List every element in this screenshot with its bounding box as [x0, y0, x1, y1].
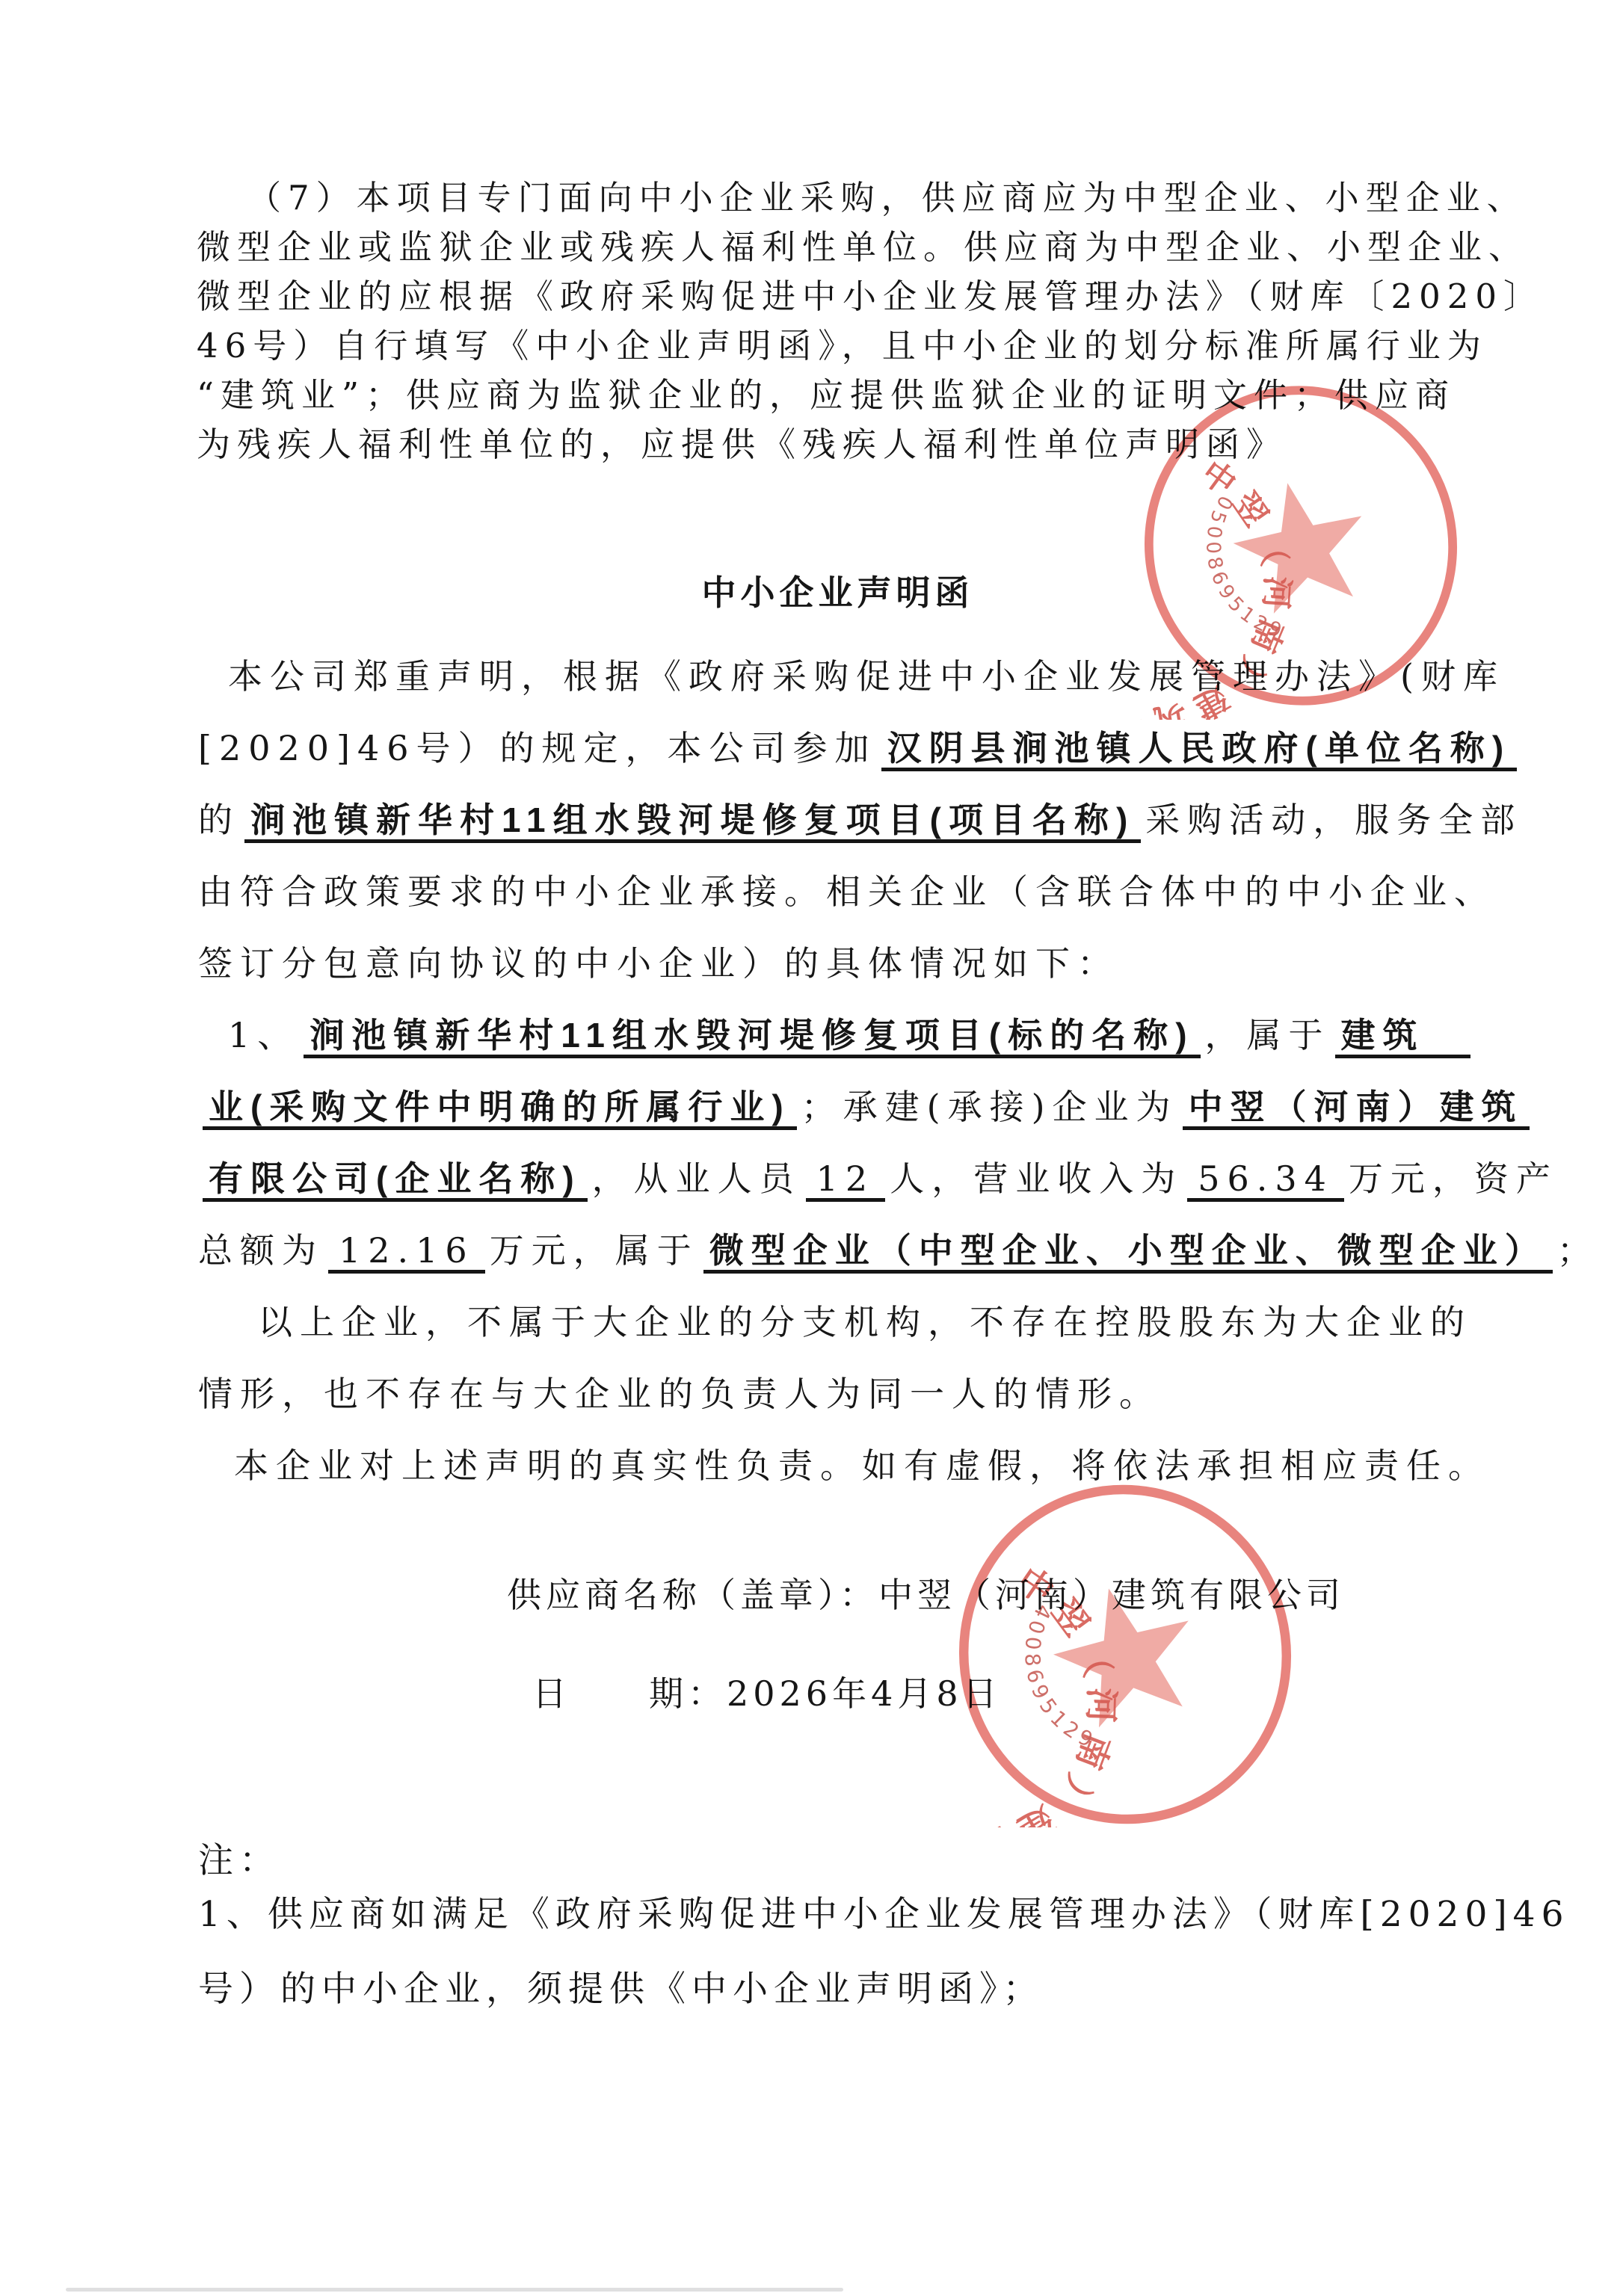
notes-label: 注：: [198, 1833, 280, 1883]
text-segment: ；: [1557, 1229, 1599, 1274]
note-line-2: 号）的中小企业，须提供《中小企业声明函》；: [198, 1961, 1044, 2011]
text-segment: 以上企业，不属于大企业的分支机构，不存在控股股东为大企业的: [258, 1300, 1472, 1345]
declaration-line-6: 1、 涧池镇新华村11组水毁河堤修复项目(标的名称) ，属于 建筑: [198, 1013, 1475, 1058]
industry-fill: 建筑: [1335, 1013, 1470, 1058]
purchaser-name-fill: 汉阴县涧池镇人民政府(单位名称): [881, 726, 1518, 771]
declaration-line-7: 业(采购文件中明确的所属行业) ；承建(承接)企业为 中翌（河南）建筑: [198, 1085, 1445, 1130]
official-seal-top: 中翌（河南）建筑有限公司 05008695129: [1138, 371, 1464, 720]
text-segment: 总额为: [198, 1229, 324, 1274]
revenue-fill: 56.34: [1187, 1157, 1344, 1202]
text-segment: 万元，属于: [490, 1229, 699, 1274]
date-line: 日 期：2026年4月8日: [532, 1667, 1002, 1716]
industry-fill-cont: 业(采购文件中明确的所属行业): [203, 1085, 797, 1130]
text-segment: ，属于: [1205, 1013, 1331, 1058]
assets-fill: 12.16: [328, 1229, 485, 1274]
text-segment: 采购活动，服务全部: [1145, 798, 1522, 843]
declaration-line-8: 有限公司(企业名称) ，从业人员 12 人，营业收入为 56.34 万元，资产: [198, 1157, 1445, 1202]
seal-star: [1223, 469, 1377, 619]
text-segment: 的: [198, 798, 240, 843]
intro-line-2: 微型企业或监狱企业或残疾人福利性单位。供应商为中型企业、小型企业、: [197, 226, 1453, 269]
intro-line-1: （7）本项目专门面向中小企业采购，供应商应为中型企业、小型企业、: [197, 176, 1503, 220]
document-page: （7）本项目专门面向中小企业采购，供应商应为中型企业、小型企业、 微型企业或监狱…: [0, 0, 1623, 2296]
text-segment: [2020]46号）的规定，本公司参加: [198, 726, 877, 771]
enterprise-type-fill: 微型企业（中型企业、小型企业、微型企业）: [703, 1229, 1553, 1274]
contractor-name-fill: 中翌（河南）建筑: [1183, 1085, 1530, 1130]
subject-name-fill: 涧池镇新华村11组水毁河堤修复项目(标的名称): [304, 1013, 1200, 1058]
text-segment: 由符合政策要求的中小企业承接。相关企业（含联合体中的中小企业、: [198, 870, 1496, 915]
declaration-line-5: 签订分包意向协议的中小企业）的具体情况如下：: [198, 942, 1445, 987]
declaration-line-4: 由符合政策要求的中小企业承接。相关企业（含联合体中的中小企业、: [198, 870, 1445, 915]
text-segment: 情形，也不存在与大企业的负责人为同一人的情形。: [198, 1372, 1161, 1417]
declaration-line-10: 以上企业，不属于大企业的分支机构，不存在控股股东为大企业的: [198, 1300, 1505, 1345]
contractor-name-fill-cont: 有限公司(企业名称): [203, 1157, 588, 1202]
text-segment: 人，营业收入为: [890, 1157, 1183, 1202]
text-segment: 万元，资产: [1349, 1157, 1558, 1202]
declaration-line-3: 的 涧池镇新华村11组水毁河堤修复项目(项目名称) 采购活动，服务全部: [198, 798, 1445, 843]
text-segment: 签订分包意向协议的中小企业）的具体情况如下：: [198, 942, 1119, 987]
declaration-line-11: 情形，也不存在与大企业的负责人为同一人的情形。: [198, 1372, 1445, 1417]
official-seal-bottom: 中翌（河南）建筑有限公司 4008695129: [936, 1481, 1314, 1827]
employees-count-fill: 12: [806, 1157, 886, 1202]
note-line-1: 1、供应商如满足《政府采购促进中小企业发展管理办法》（财库[2020]46: [198, 1886, 1570, 1937]
project-name-fill: 涧池镇新华村11组水毁河堤修复项目(项目名称): [244, 798, 1141, 843]
scan-artifact: [66, 2288, 843, 2292]
declaration-line-9: 总额为 12.16 万元，属于 微型企业（中型企业、小型企业、微型企业） ；: [198, 1229, 1445, 1274]
item-number: 1、: [228, 1013, 299, 1058]
text-segment: ，从业人员: [592, 1157, 801, 1202]
declaration-line-2: [2020]46号）的规定，本公司参加 汉阴县涧池镇人民政府(单位名称): [198, 726, 1445, 771]
intro-line-3: 微型企业的应根据《政府采购促进中小企业发展管理办法》（财库〔2020〕: [197, 275, 1453, 318]
intro-line-4: 46号）自行填写《中小企业声明函》，且中小企业的划分标准所属行业为: [197, 324, 1453, 368]
text-segment: ；承建(承接)企业为: [801, 1085, 1178, 1130]
